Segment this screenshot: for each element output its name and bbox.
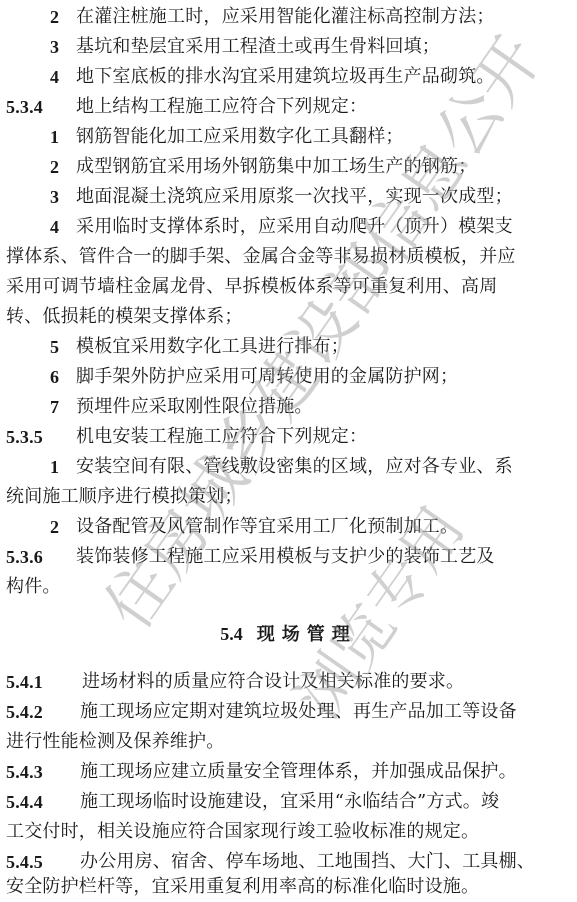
- continuation-line: 安全防护栏杆等，宜采用重复利用率高的标准化临时设施。: [0, 872, 577, 902]
- clause-5-4-4: 5.4.4 施工现场临时设施建设，宜采用“永临结合”方式。竣: [0, 787, 577, 817]
- clause-number: 5.3.6: [6, 542, 43, 572]
- clause-5-4-2: 5.4.2 施工现场应定期对建筑垃圾处理、再生产品加工等设备: [0, 697, 577, 727]
- continuation-line: 构件。: [0, 572, 577, 602]
- clause-text: 装饰装修工程施工应采用模板与支护少的装饰工艺及: [76, 542, 495, 572]
- list-item: 1 钢筋智能化加工应采用数字化工具翻样；: [0, 122, 577, 152]
- continuation-line: 进行性能检测及保养维护。: [0, 727, 577, 757]
- list-item: 6 脚手架外防护应采用可周转使用的金属防护网；: [0, 362, 577, 392]
- clause-text: 施工现场临时设施建设，宜采用“永临结合”方式。竣: [80, 787, 499, 817]
- item-text: 采用可调节墙柱金属龙骨、早拆模板体系等可重复利用、高周: [6, 272, 497, 302]
- clause-number: 5.4.2: [6, 697, 43, 727]
- list-item: 2 在灌注桩施工时，应采用智能化灌注标高控制方法；: [0, 2, 577, 32]
- item-number: 4: [50, 212, 59, 242]
- item-text: 成型钢筋宜采用场外钢筋集中加工场生产的钢筋；: [76, 152, 476, 182]
- section-heading: 5.4现场管理: [0, 619, 577, 650]
- clause-text: 安全防护栏杆等，宜采用重复利用率高的标准化临时设施。: [6, 872, 479, 902]
- clause-number: 5.3.5: [6, 422, 43, 452]
- clause-number: 5.4.4: [6, 787, 43, 817]
- list-item: 2 设备配管及风管制作等宜采用工厂化预制加工。: [0, 512, 577, 542]
- item-text: 统间施工顺序进行模拟策划；: [6, 482, 243, 512]
- clause-text: 构件。: [6, 572, 61, 602]
- item-text: 模板宜采用数字化工具进行排布；: [76, 332, 349, 362]
- list-item: 4 地下室底板的排水沟宜采用建筑垃圾再生产品砌筑。: [0, 62, 577, 92]
- item-number: 6: [50, 362, 59, 392]
- item-text: 预埋件应采取刚性限位措施。: [76, 392, 313, 422]
- list-item: 7 预埋件应采取刚性限位措施。: [0, 392, 577, 422]
- item-number: 5: [50, 332, 59, 362]
- item-number: 4: [50, 62, 59, 92]
- item-text: 钢筋智能化加工应采用数字化工具翻样；: [76, 122, 404, 152]
- list-item: 3 地面混凝土浇筑应采用原浆一次找平，实现一次成型；: [0, 182, 577, 212]
- clause-5-4-3: 5.4.3 施工现场应建立质量安全管理体系，并加强成品保护。: [0, 757, 577, 787]
- item-text: 设备配管及风管制作等宜采用工厂化预制加工。: [76, 512, 458, 542]
- item-number: 7: [50, 392, 59, 422]
- item-number: 2: [50, 2, 59, 32]
- clause-5-3-5: 5.3.5 机电安装工程施工应符合下列规定：: [0, 422, 577, 452]
- clause-text: 进场材料的质量应符合设计及相关标准的要求。: [82, 667, 464, 697]
- item-text: 转、低损耗的模架支撑体系；: [6, 302, 243, 332]
- clause-text: 地上结构工程施工应符合下列规定：: [76, 92, 367, 122]
- item-number: 1: [50, 452, 59, 482]
- clause-text: 工交付时，相关设施应符合国家现行竣工验收标准的规定。: [6, 817, 479, 847]
- item-text: 脚手架外防护应采用可周转使用的金属防护网；: [76, 362, 458, 392]
- clause-5-3-4: 5.3.4 地上结构工程施工应符合下列规定：: [0, 92, 577, 122]
- clause-5-4-1: 5.4.1 进场材料的质量应符合设计及相关标准的要求。: [0, 667, 577, 697]
- item-text: 采用临时支撑体系时，应采用自动爬升（顶升）模架支: [76, 212, 513, 242]
- list-item: 1 安装空间有限、管线敷设密集的区域，应对各专业、系: [0, 452, 577, 482]
- item-number: 2: [50, 152, 59, 182]
- clause-text: 进行性能检测及保养维护。: [6, 727, 224, 757]
- item-text: 撑体系、管件合一的脚手架、金属合金等非易损材质模板，并应: [6, 242, 516, 272]
- list-item: 3 基坑和垫层宜采用工程渣土或再生骨料回填；: [0, 32, 577, 62]
- item-text: 地下室底板的排水沟宜采用建筑垃圾再生产品砌筑。: [76, 62, 495, 92]
- item-number: 3: [50, 32, 59, 62]
- clause-text: 施工现场应建立质量安全管理体系，并加强成品保护。: [80, 757, 517, 787]
- clause-text: 机电安装工程施工应符合下列规定：: [76, 422, 367, 452]
- clause-number: 5.4.1: [6, 667, 43, 697]
- list-item: 5 模板宜采用数字化工具进行排布；: [0, 332, 577, 362]
- continuation-line: 统间施工顺序进行模拟策划；: [0, 482, 577, 512]
- clause-5-3-6: 5.3.6 装饰装修工程施工应采用模板与支护少的装饰工艺及: [0, 542, 577, 572]
- item-text: 在灌注桩施工时，应采用智能化灌注标高控制方法；: [76, 2, 495, 32]
- document-page: 2 在灌注桩施工时，应采用智能化灌注标高控制方法； 3 基坑和垫层宜采用工程渣土…: [0, 0, 577, 902]
- continuation-line: 采用可调节墙柱金属龙骨、早拆模板体系等可重复利用、高周: [0, 272, 577, 302]
- continuation-line: 撑体系、管件合一的脚手架、金属合金等非易损材质模板，并应: [0, 242, 577, 272]
- list-item: 4 采用临时支撑体系时，应采用自动爬升（顶升）模架支: [0, 212, 577, 242]
- clause-number: 5.3.4: [6, 92, 43, 122]
- continuation-line: 转、低损耗的模架支撑体系；: [0, 302, 577, 332]
- item-number: 1: [50, 122, 59, 152]
- section-title: 现场管理: [257, 624, 357, 645]
- continuation-line: 工交付时，相关设施应符合国家现行竣工验收标准的规定。: [0, 817, 577, 847]
- clause-text: 施工现场应定期对建筑垃圾处理、再生产品加工等设备: [80, 697, 517, 727]
- item-number: 3: [50, 182, 59, 212]
- list-item: 2 成型钢筋宜采用场外钢筋集中加工场生产的钢筋；: [0, 152, 577, 182]
- clause-number: 5.4.3: [6, 757, 43, 787]
- item-text: 安装空间有限、管线敷设密集的区域，应对各专业、系: [76, 452, 513, 482]
- item-number: 2: [50, 512, 59, 542]
- item-text: 基坑和垫层宜采用工程渣土或再生骨料回填；: [76, 32, 440, 62]
- section-number: 5.4: [220, 624, 243, 644]
- item-text: 地面混凝土浇筑应采用原浆一次找平，实现一次成型；: [76, 182, 513, 212]
